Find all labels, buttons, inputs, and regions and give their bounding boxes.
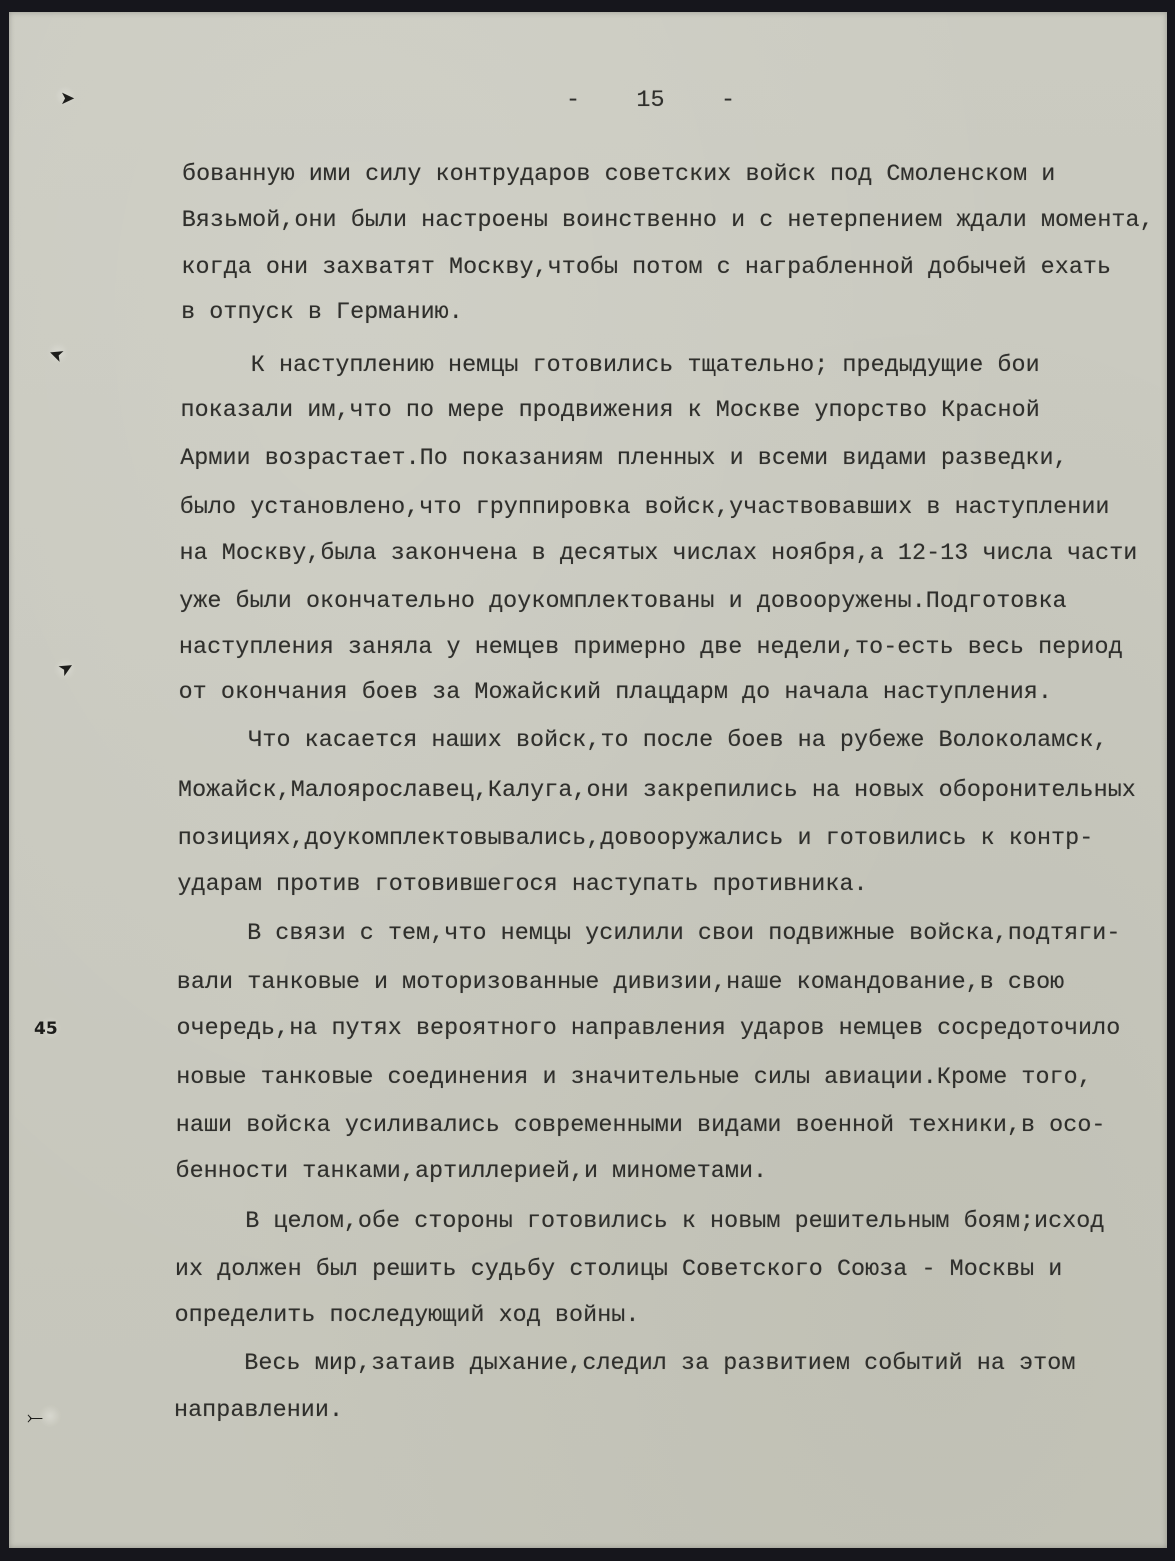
handwritten-number: 45 (34, 1020, 58, 1038)
paragraph-line: наступления заняла у немцев примерно две… (179, 634, 1123, 662)
paragraph-line: новые танковые соединения и значительные… (176, 1064, 1092, 1092)
paragraph-line: от окончания боев за Можайский плацдарм … (179, 679, 1052, 707)
paragraph-line: их должен был решить судьбу столицы Сове… (175, 1256, 1062, 1284)
paragraph-line: было установлено,что группировка войск,у… (180, 494, 1110, 522)
paragraph-first-line: Что касается наших войск,то после боев н… (248, 727, 1107, 755)
paragraph-line: Можайск,Малоярославец,Калуга,они закрепи… (178, 777, 1136, 805)
paragraph-first-line: В целом,обе стороны готовились к новым р… (245, 1208, 1104, 1236)
paragraph-line: уже были окончательно доукомплектованы и… (179, 588, 1066, 616)
paragraph-line: Армии возрастает.По показаниям пленных и… (180, 445, 1067, 473)
paragraph-line: на Москву,была закончена в десятых числа… (180, 540, 1138, 568)
paragraph-first-line: Весь мир,затаив дыхание,следил за развит… (244, 1350, 1075, 1378)
binding-hole-mark: ➤ (60, 90, 75, 108)
paragraph-line: наши войска усиливались современными вид… (176, 1112, 1106, 1140)
paragraph-line: позициях,доукомплектовывались,довооружал… (178, 825, 1094, 853)
paragraph-line: в отпуск в Германию. (181, 299, 463, 327)
paragraph-line: когда они захватят Москву,чтобы потом с … (181, 254, 1111, 282)
binding-hole-mark: ⤚ (27, 1408, 43, 1426)
paragraph-line: вали танковые и моторизованные дивизии,н… (177, 969, 1064, 997)
paragraph-line: направлении. (174, 1397, 343, 1425)
paragraph-first-line: К наступлению немцы готовились тщательно… (251, 352, 1040, 380)
paragraph-line: бенности танками,артиллерией,и минометам… (176, 1158, 768, 1186)
paragraph-line: очередь,на путях вероятного направления … (177, 1015, 1121, 1043)
paragraph-first-line: бованную ими силу контрударов советских … (182, 161, 1055, 189)
page-number: - 15 - (566, 87, 735, 115)
paragraph-line: ударам против готовившегося наступать пр… (177, 871, 867, 899)
paragraph-line: определить последующий ход войны. (175, 1302, 640, 1330)
paragraph-line: Вязьмой,они были настроены воинственно и… (182, 207, 1154, 235)
paragraph-first-line: В связи с тем,что немцы усилили свои под… (247, 920, 1120, 948)
paragraph-line: показали им,что по мере продвижения к Мо… (181, 397, 1040, 425)
